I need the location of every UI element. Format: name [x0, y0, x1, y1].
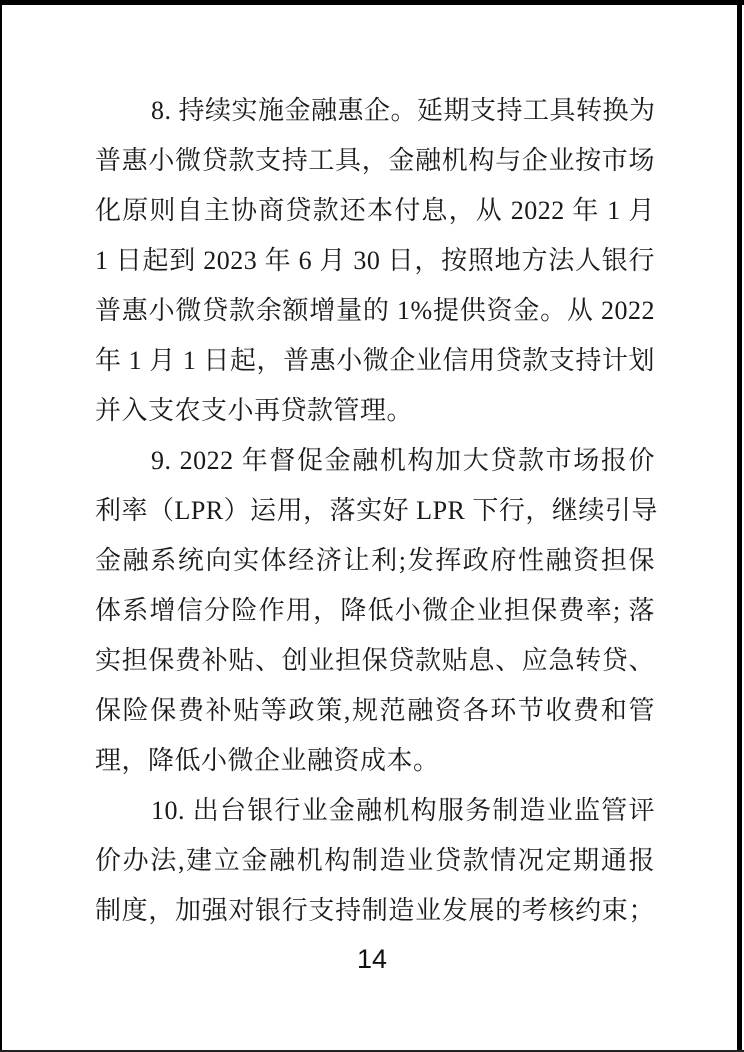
- text-line: 10. 出台银行业金融机构服务制造业监管评: [95, 786, 655, 836]
- text-line: 金融系统向实体经济让利;发挥政府性融资担保: [95, 536, 655, 586]
- page-border-left: [0, 0, 2, 1052]
- text-line: 利率（LPR）运用，落实好 LPR 下行，继续引导: [95, 486, 655, 536]
- text-line: 8. 持续实施金融惠企。延期支持工具转换为: [95, 86, 655, 136]
- paragraph-item-9: 9. 2022 年督促金融机构加大贷款市场报价 利率（LPR）运用，落实好 LP…: [95, 436, 655, 786]
- page-border-right: [737, 0, 742, 1052]
- text-line: 并入支农支小再贷款管理。: [95, 386, 655, 436]
- document-text-block: 8. 持续实施金融惠企。延期支持工具转换为 普惠小微贷款支持工具，金融机构与企业…: [95, 86, 655, 936]
- text-line: 体系增信分险作用，降低小微企业担保费率; 落: [95, 586, 655, 636]
- text-line: 普惠小微贷款余额增量的 1%提供资金。从 2022: [95, 286, 655, 336]
- text-line: 化原则自主协商贷款还本付息，从 2022 年 1 月: [95, 186, 655, 236]
- text-line: 制度，加强对银行支持制造业发展的考核约束；: [95, 886, 655, 936]
- text-line: 理，降低小微企业融资成本。: [95, 736, 655, 786]
- text-line: 实担保费补贴、创业担保贷款贴息、应急转贷、: [95, 636, 655, 686]
- page-border-top: [0, 0, 744, 5]
- text-line: 普惠小微贷款支持工具，金融机构与企业按市场: [95, 136, 655, 186]
- text-line: 1 日起到 2023 年 6 月 30 日，按照地方法人银行: [95, 236, 655, 286]
- text-line: 9. 2022 年督促金融机构加大贷款市场报价: [95, 436, 655, 486]
- scanned-document-page: { "page": { "number": "14", "background_…: [0, 0, 744, 1052]
- paragraph-item-8: 8. 持续实施金融惠企。延期支持工具转换为 普惠小微贷款支持工具，金融机构与企业…: [95, 86, 655, 436]
- text-line: 年 1 月 1 日起，普惠小微企业信用贷款支持计划: [95, 336, 655, 386]
- text-line: 价办法,建立金融机构制造业贷款情况定期通报: [95, 836, 655, 886]
- paragraph-item-10: 10. 出台银行业金融机构服务制造业监管评 价办法,建立金融机构制造业贷款情况定…: [95, 786, 655, 936]
- page-number: 14: [0, 942, 744, 976]
- text-line: 保险保费补贴等政策,规范融资各环节收费和管: [95, 686, 655, 736]
